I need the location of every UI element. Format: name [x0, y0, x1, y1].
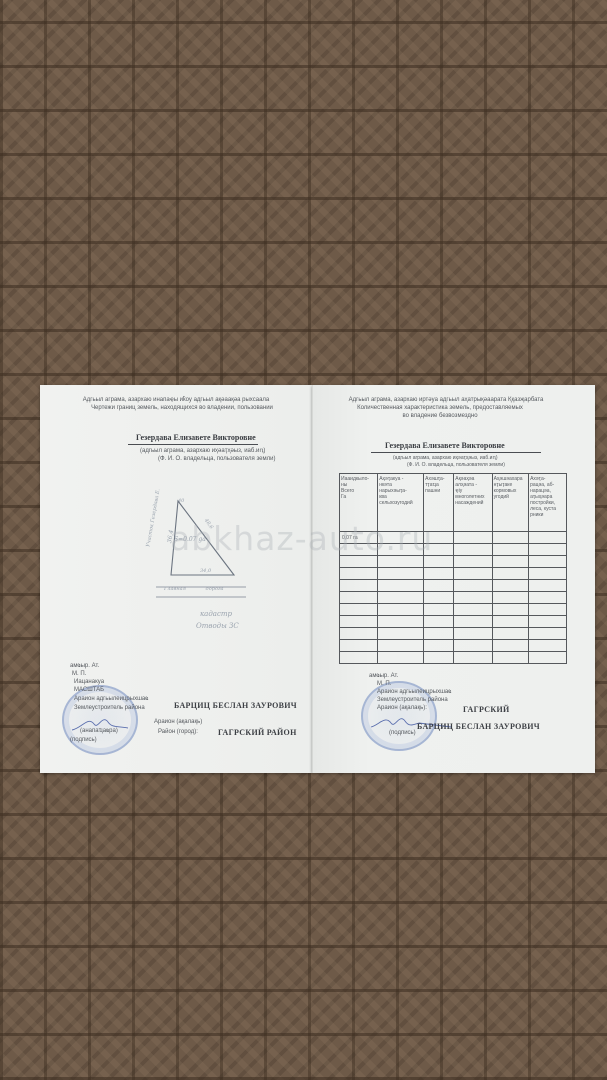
table-cell	[424, 580, 454, 592]
table-cell	[529, 580, 567, 592]
table-cell	[424, 640, 454, 652]
sig-line-0: амҩыр. Ат.	[70, 663, 99, 670]
right-owner-caption-abkhaz: (адгьыл агрaма, азархаю иҳәаҭҳәыз, иаб.и…	[393, 455, 498, 462]
right-sig-line-4: Араион (ақалақь):	[377, 705, 427, 712]
table-cell	[492, 652, 528, 664]
sketch-corner-label: 40	[178, 498, 184, 504]
table-cell	[378, 580, 424, 592]
table-cell	[424, 628, 454, 640]
table-cell	[454, 544, 492, 556]
document-left-page: Адгьыл агрaма, азархаю инапаҿы иҟоу адгь…	[40, 385, 312, 773]
table-cell	[529, 544, 567, 556]
right-sig-line-2: Араион адгьылеицрыхшаҩ	[377, 689, 451, 696]
sig-line-1: М. П.	[72, 671, 86, 678]
table-cell	[492, 580, 528, 592]
table-cell	[492, 640, 528, 652]
table-cell	[378, 652, 424, 664]
watermark: abkhaz-auto.ru	[170, 519, 433, 558]
table-cell	[492, 592, 528, 604]
left-district-label-abkhaz: Араион (ақалақь)	[154, 719, 202, 726]
left-owner-caption-russian: (Ф. И. О. владельца, пользователя земли)	[158, 456, 275, 463]
right-sig-line-0: амҩыр. Ат.	[369, 673, 398, 680]
table-cell	[454, 532, 492, 544]
table-cell	[454, 628, 492, 640]
table-cell	[378, 592, 424, 604]
table-row	[340, 568, 567, 580]
sketch-side-bottom-label: 34,0	[200, 568, 211, 574]
right-heading-russian-1: Количественная характеристика земель, пр…	[299, 405, 581, 412]
table-cell	[529, 652, 567, 664]
table-cell	[424, 568, 454, 580]
table-cell	[340, 580, 378, 592]
table-cell	[424, 604, 454, 616]
sketch-road-label: Главная дорога	[164, 586, 223, 592]
table-cell	[529, 568, 567, 580]
table-row	[340, 628, 567, 640]
table-cell	[424, 592, 454, 604]
table-cell	[529, 604, 567, 616]
left-heading-russian: Чертежи границ земель, находящихся во вл…	[46, 405, 318, 412]
table-row	[340, 616, 567, 628]
left-district-label-russian: Район (город):	[158, 729, 198, 736]
right-district-value: ГАГРСКИЙ	[463, 705, 510, 714]
document-right-page: Адгьыл агрaма, азархаю иртәуа адгьыл аҳа…	[312, 385, 595, 773]
sig-line-3: МАСШТАБ	[74, 687, 104, 694]
sig-line-4: Араион адгьылеицрыхшаҩ	[74, 696, 148, 703]
left-official-name: БАРЦИЦ БЕСЛАН ЗАУРОВИЧ	[174, 701, 297, 710]
table-cell	[454, 580, 492, 592]
sig-line-5: Землеустроитель района	[74, 705, 145, 712]
signature-scribble	[70, 710, 130, 740]
table-cell	[529, 616, 567, 628]
table-cell	[492, 604, 528, 616]
table-cell	[340, 652, 378, 664]
table-cell	[454, 592, 492, 604]
table-cell	[424, 616, 454, 628]
right-sig-line-5: (подпись)	[389, 730, 416, 737]
left-owner-name: Гезердава Елизавете Викторовне	[136, 433, 256, 442]
sketch-note-line2: Отводы ЗС	[196, 622, 239, 630]
right-owner-underline	[371, 452, 541, 453]
table-row	[340, 580, 567, 592]
table-cell	[424, 652, 454, 664]
table-cell	[454, 604, 492, 616]
table-cell	[340, 616, 378, 628]
sig-line-7: (подпись)	[70, 737, 97, 744]
right-sig-line-3: Землеустроитель района	[377, 697, 448, 704]
table-cell	[378, 628, 424, 640]
table-cell	[529, 532, 567, 544]
table-cell	[378, 616, 424, 628]
table-cell	[340, 604, 378, 616]
sketch-note-line1: кадастр	[200, 610, 232, 618]
table-cell	[492, 628, 528, 640]
right-heading-russian-2: во владение безвозмездно	[299, 413, 581, 420]
table-cell	[454, 652, 492, 664]
table-cell	[340, 640, 378, 652]
table-cell	[378, 568, 424, 580]
table-row	[340, 604, 567, 616]
table-cell	[454, 640, 492, 652]
table-row	[340, 652, 567, 664]
table-cell	[492, 532, 528, 544]
table-cell	[454, 616, 492, 628]
sig-line-2: Иацанакуа	[74, 679, 104, 686]
table-cell	[340, 628, 378, 640]
table-cell	[529, 556, 567, 568]
table-cell	[492, 556, 528, 568]
right-owner-name: Гезердава Елизавете Викторовне	[385, 441, 505, 450]
table-cell	[378, 640, 424, 652]
table-cell	[340, 592, 378, 604]
right-official-name: БАРЦИЦ БЕСЛАН ЗАУРОВИЧ	[417, 722, 540, 731]
table-header-forage: Аҳәшәахара нҭыҭаке кормовых угодий	[492, 474, 528, 532]
table-cell	[529, 628, 567, 640]
table-cell	[454, 556, 492, 568]
right-sig-line-1: М. П.	[377, 681, 391, 688]
land-characteristics-table: Иааидкыло- ны Всего Га Аҳәҭакуа - нкәта …	[339, 473, 567, 664]
table-cell	[492, 568, 528, 580]
table-cell	[378, 604, 424, 616]
table-header-other: Ахәҭа- рацәа, аб- нарацәа, аҭыҳәара пост…	[529, 474, 567, 532]
sig-line-6: (анапаҵаҩра)	[80, 728, 118, 735]
table-row	[340, 592, 567, 604]
table-cell	[492, 616, 528, 628]
left-owner-caption-abkhaz: (адгьыл агрaма, азархаю иҳәаҭҳәыз, иаб.и…	[140, 448, 265, 455]
table-cell	[492, 544, 528, 556]
table-row	[340, 640, 567, 652]
table-cell	[529, 592, 567, 604]
table-cell	[340, 568, 378, 580]
table-cell	[454, 568, 492, 580]
left-district-value: ГАГРСКИЙ РАЙОН	[218, 728, 297, 737]
left-owner-underline	[128, 444, 258, 445]
right-heading-abkhaz: Адгьыл агрaма, азархаю иртәуа адгьыл аҳа…	[305, 397, 587, 404]
right-owner-caption-russian: (Ф. И. О. владельца, пользователя земли)	[407, 462, 505, 469]
left-heading-abkhaz: Адгьыл агрaма, азархаю инапаҿы иҟоу адгь…	[40, 397, 312, 404]
table-header-perennial: Ақәаҳәа алҳәата - ҿіу многолетних насажд…	[454, 474, 492, 532]
table-cell	[529, 640, 567, 652]
